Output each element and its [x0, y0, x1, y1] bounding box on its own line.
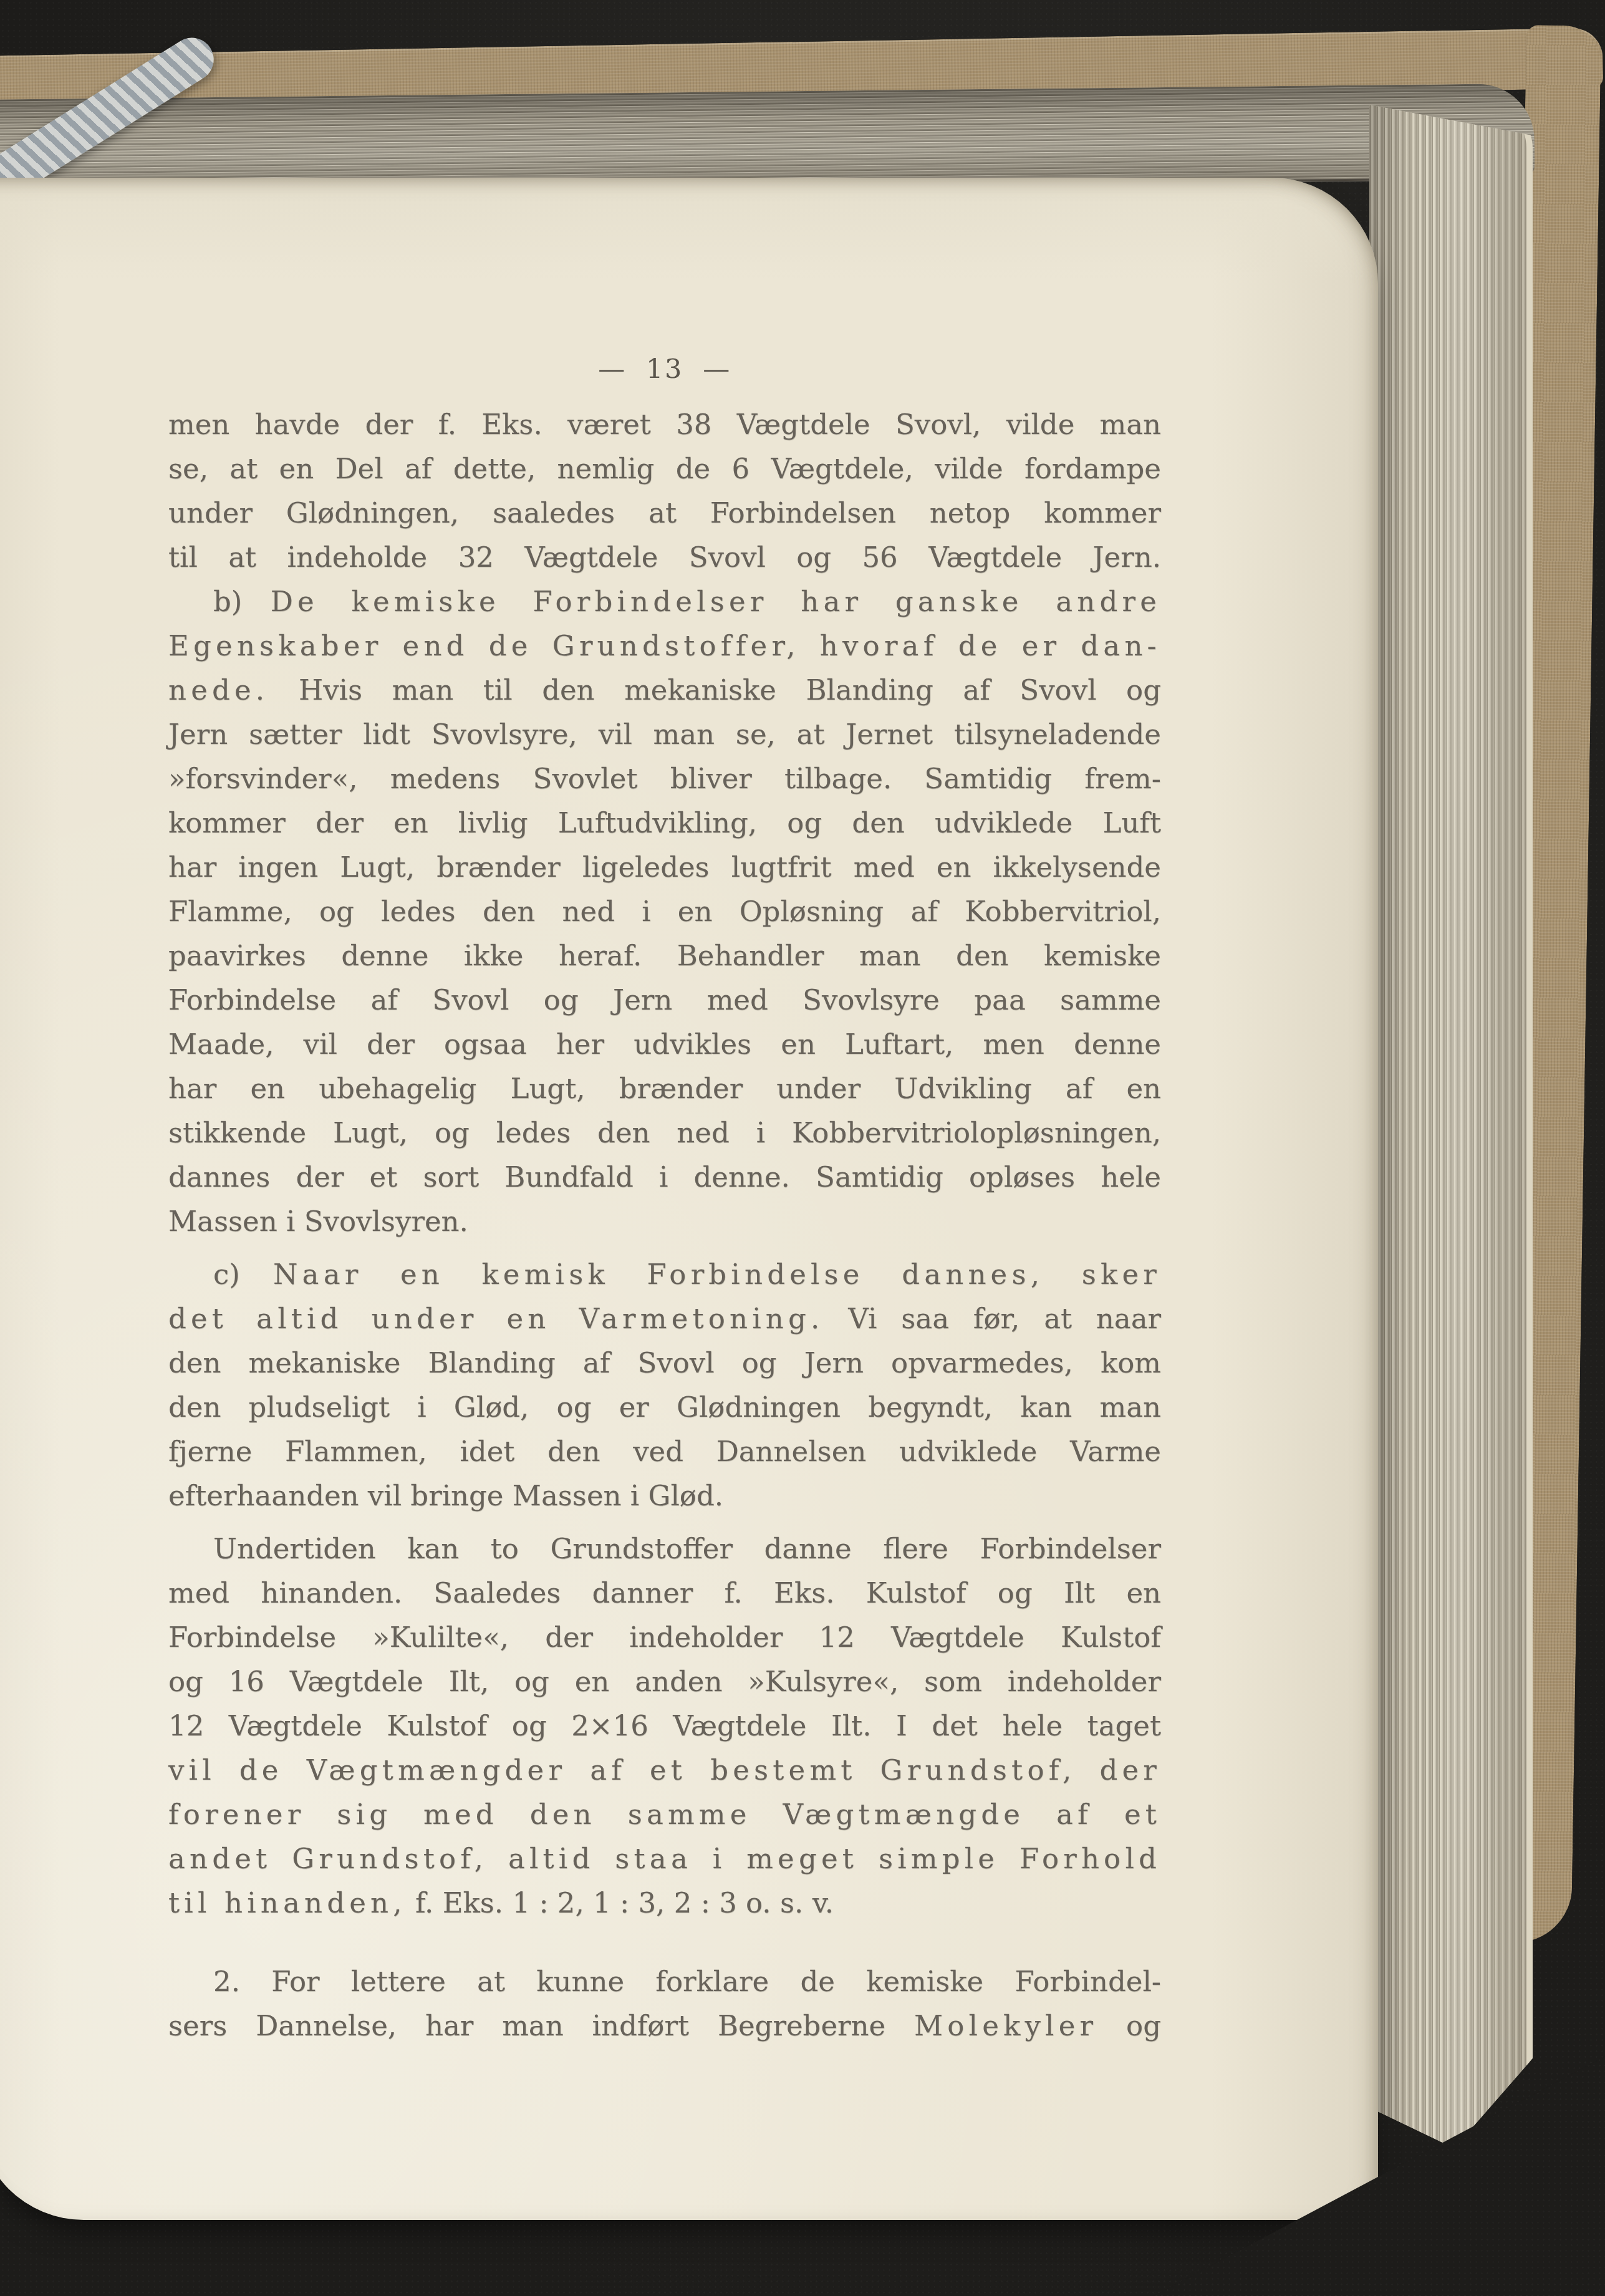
text-segment: og [1097, 2009, 1161, 2042]
text-line: fjerne Flammen, idet den ved Dannelsen u… [168, 1429, 1161, 1474]
emphasized-text-segment: til hinanden, [168, 1886, 407, 1919]
text-segment: »forsvinder«, medens Svovlet bliver tilb… [168, 762, 1161, 795]
text-segment: Jern sætter lidt Svovlsyre, vil man se, … [168, 718, 1161, 751]
text-line: dannes der et sort Bundfald i denne. Sam… [168, 1155, 1161, 1199]
text-line: Flamme, og ledes den ned i en Opløsning … [168, 889, 1161, 933]
text-segment: 2. For lettere at kunne forklare de kemi… [213, 1965, 1161, 1998]
emphasized-text-segment: Naar en kemisk Forbindelse dannes, sker [273, 1258, 1161, 1291]
text-segment: 12 Vægtdele Kulstof og 2×16 Vægtdele Ilt… [168, 1709, 1161, 1742]
paragraph: Undertiden kan to Grundstoffer danne fle… [168, 1527, 1161, 1925]
emphasized-text-segment: vil de Vægtmængder af et bestemt Grundst… [168, 1753, 1161, 1787]
text-line: til at indeholde 32 Vægtdele Svovl og 56… [168, 535, 1161, 579]
text-line: med hinanden. Saaledes danner f. Eks. Ku… [168, 1571, 1161, 1615]
text-segment: paavirkes denne ikke heraf. Behandler ma… [168, 939, 1161, 972]
text-line: Undertiden kan to Grundstoffer danne fle… [168, 1527, 1161, 1571]
text-segment: fjerne Flammen, idet den ved Dannelsen u… [168, 1435, 1161, 1468]
text-segment: Maade, vil der ogsaa her udvikles en Luf… [168, 1028, 1161, 1061]
text-segment: f. Eks. 1 : 2, 1 : 3, 2 : 3 o. s. v. [407, 1886, 834, 1919]
text-segment: kommer der en livlig Luftudvikling, og d… [168, 806, 1161, 839]
text-line: men havde der f. Eks. været 38 Vægtdele … [168, 402, 1161, 446]
paragraph: b) De kemiske Forbindelser har ganske an… [168, 579, 1161, 1243]
emphasized-text-segment: De kemiske Forbindelser har ganske andre [271, 585, 1161, 618]
text-segment: med hinanden. Saaledes danner f. Eks. Ku… [168, 1576, 1161, 1609]
text-segment: den mekaniske Blanding af Svovl og Jern … [168, 1346, 1161, 1379]
text-segment: den pludseligt i Glød, og er Glødningen … [168, 1391, 1161, 1424]
text-line: den pludseligt i Glød, og er Glødningen … [168, 1385, 1161, 1429]
text-line: Jern sætter lidt Svovlsyre, vil man se, … [168, 712, 1161, 756]
text-line: 2. For lettere at kunne forklare de kemi… [168, 1959, 1161, 2004]
text-line: Maade, vil der ogsaa her udvikles en Luf… [168, 1022, 1161, 1066]
book-page: — 13 — men havde der f. Eks. været 38 Væ… [0, 178, 1378, 2220]
text-segment: til at indeholde 32 Vægtdele Svovl og 56… [168, 541, 1161, 574]
text-line: stikkende Lugt, og ledes den ned i Kobbe… [168, 1111, 1161, 1155]
text-line: paavirkes denne ikke heraf. Behandler ma… [168, 933, 1161, 978]
text-line: til hinanden, f. Eks. 1 : 2, 1 : 3, 2 : … [168, 1881, 1161, 1925]
text-line: sers Dannelse, har man indført Begrebern… [168, 2004, 1161, 2048]
emphasized-text-segment: forener sig med den samme Vægtmængde af … [168, 1798, 1161, 1831]
text-segment: har ingen Lugt, brænder ligeledes lugtfr… [168, 851, 1161, 884]
text-line: har ingen Lugt, brænder ligeledes lugtfr… [168, 845, 1161, 889]
text-line: vil de Vægtmængder af et bestemt Grundst… [168, 1748, 1161, 1792]
text-line: andet Grundstof, altid staa i meget simp… [168, 1836, 1161, 1881]
book-photo: — 13 — men havde der f. Eks. været 38 Væ… [0, 0, 1605, 2296]
text-line: efterhaanden vil bringe Massen i Glød. [168, 1474, 1161, 1518]
emphasized-text-segment: det altid under en Varmetoning. [168, 1302, 824, 1335]
emphasized-text-segment: Molekyler [914, 2009, 1097, 2042]
text-segment: se, at en Del af dette, nemlig de 6 Vægt… [168, 452, 1161, 485]
paragraph: c) Naar en kemisk Forbindelse dannes, sk… [168, 1252, 1161, 1518]
paragraph: 2. For lettere at kunne forklare de kemi… [168, 1959, 1161, 2048]
text-line: Forbindelse af Svovl og Jern med Svovlsy… [168, 978, 1161, 1022]
text-segment: c) [213, 1258, 273, 1291]
text-line: har en ubehagelig Lugt, brænder under Ud… [168, 1066, 1161, 1111]
text-segment: Flamme, og ledes den ned i en Opløsning … [168, 895, 1161, 928]
page-number: — 13 — [168, 353, 1161, 385]
text-segment: Vi saa før, at naar [824, 1302, 1161, 1335]
text-line: »forsvinder«, medens Svovlet bliver tilb… [168, 756, 1161, 801]
text-line: under Glødningen, saaledes at Forbindels… [168, 491, 1161, 535]
text-segment: Massen i Svovlsyren. [168, 1205, 468, 1238]
text-line: nede. Hvis man til den mekaniske Blandin… [168, 668, 1161, 712]
text-line: c) Naar en kemisk Forbindelse dannes, sk… [168, 1252, 1161, 1296]
text-segment: b) [213, 585, 271, 618]
text-segment: Forbindelse »Kulilte«, der indeholder 12… [168, 1621, 1161, 1654]
text-segment: dannes der et sort Bundfald i denne. Sam… [168, 1160, 1161, 1194]
page-edges-fore-edge [1369, 105, 1533, 2148]
text-segment: under Glødningen, saaledes at Forbindels… [168, 496, 1161, 529]
emphasized-text-segment: Egenskaber end de Grundstoffer, hvoraf d… [168, 629, 1161, 662]
text-line: se, at en Del af dette, nemlig de 6 Vægt… [168, 446, 1161, 491]
text-line: 12 Vægtdele Kulstof og 2×16 Vægtdele Ilt… [168, 1704, 1161, 1748]
text-line: Egenskaber end de Grundstoffer, hvoraf d… [168, 624, 1161, 668]
text-segment: har en ubehagelig Lugt, brænder under Ud… [168, 1072, 1161, 1105]
emphasized-text-segment: andet Grundstof, altid staa i meget simp… [168, 1842, 1161, 1875]
text-segment: og 16 Vægtdele Ilt, og en anden »Kulsyre… [168, 1665, 1161, 1698]
text-line: Massen i Svovlsyren. [168, 1199, 1161, 1243]
emphasized-text-segment: nede. [168, 673, 269, 707]
text-segment: stikkende Lugt, og ledes den ned i Kobbe… [168, 1116, 1161, 1149]
paragraph: men havde der f. Eks. været 38 Vægtdele … [168, 402, 1161, 579]
text-segment: Forbindelse af Svovl og Jern med Svovlsy… [168, 983, 1161, 1016]
text-line: og 16 Vægtdele Ilt, og en anden »Kulsyre… [168, 1659, 1161, 1704]
text-line: forener sig med den samme Vægtmængde af … [168, 1792, 1161, 1836]
text-segment: Undertiden kan to Grundstoffer danne fle… [213, 1532, 1161, 1565]
text-line: kommer der en livlig Luftudvikling, og d… [168, 801, 1161, 845]
text-segment: men havde der f. Eks. været 38 Vægtdele … [168, 408, 1161, 441]
text-segment: Hvis man til den mekaniske Blanding af S… [269, 673, 1161, 707]
text-segment: efterhaanden vil bringe Massen i Glød. [168, 1479, 723, 1512]
text-line: den mekaniske Blanding af Svovl og Jern … [168, 1341, 1161, 1385]
text-line: Forbindelse »Kulilte«, der indeholder 12… [168, 1615, 1161, 1659]
text-segment: sers Dannelse, har man indført Begrebern… [168, 2009, 914, 2042]
text-line: b) De kemiske Forbindelser har ganske an… [168, 579, 1161, 624]
text-line: det altid under en Varmetoning. Vi saa f… [168, 1296, 1161, 1341]
page-text: men havde der f. Eks. været 38 Vægtdele … [168, 402, 1161, 2048]
